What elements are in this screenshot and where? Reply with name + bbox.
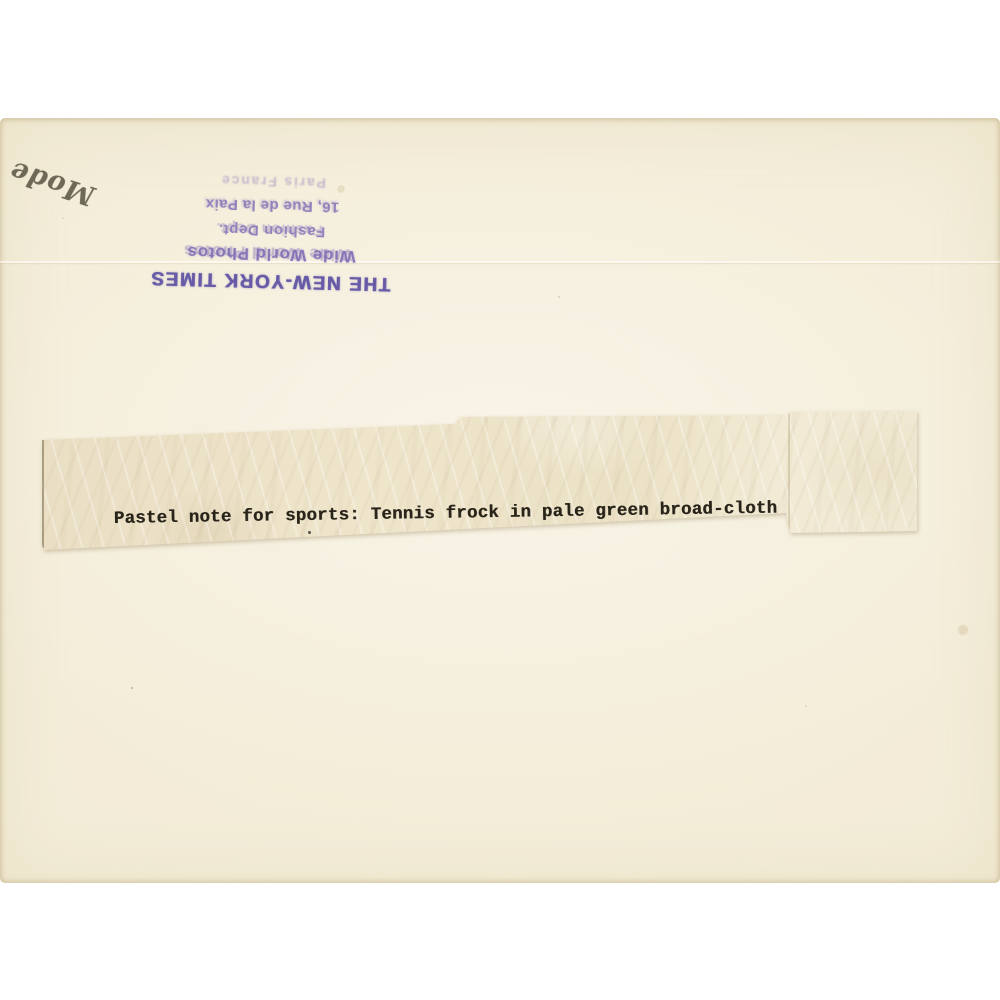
typed-caption: Pastel note for sports: Tennis frock in … xyxy=(113,457,779,635)
photo-verso: Mode THE NEW-YORK TIMES Wide World Photo… xyxy=(0,118,1000,883)
caption-line-2: with crepe de chine inlays. From IRFE. xyxy=(115,562,779,593)
ink-speck xyxy=(308,531,311,534)
handwritten-mode-note: Mode xyxy=(9,156,98,211)
caption-line-1: Pastel note for sports: Tennis frock in … xyxy=(114,499,778,530)
caption-strip: Pastel note for sports: Tennis frock in … xyxy=(40,410,920,556)
news-agency-stamp: THE NEW-YORK TIMES Wide World Photos Fas… xyxy=(148,147,396,297)
stamp-line-agency-name: THE NEW-YORK TIMES xyxy=(148,264,393,297)
caption-strip-paper: Pastel note for sports: Tennis frock in … xyxy=(40,410,920,556)
